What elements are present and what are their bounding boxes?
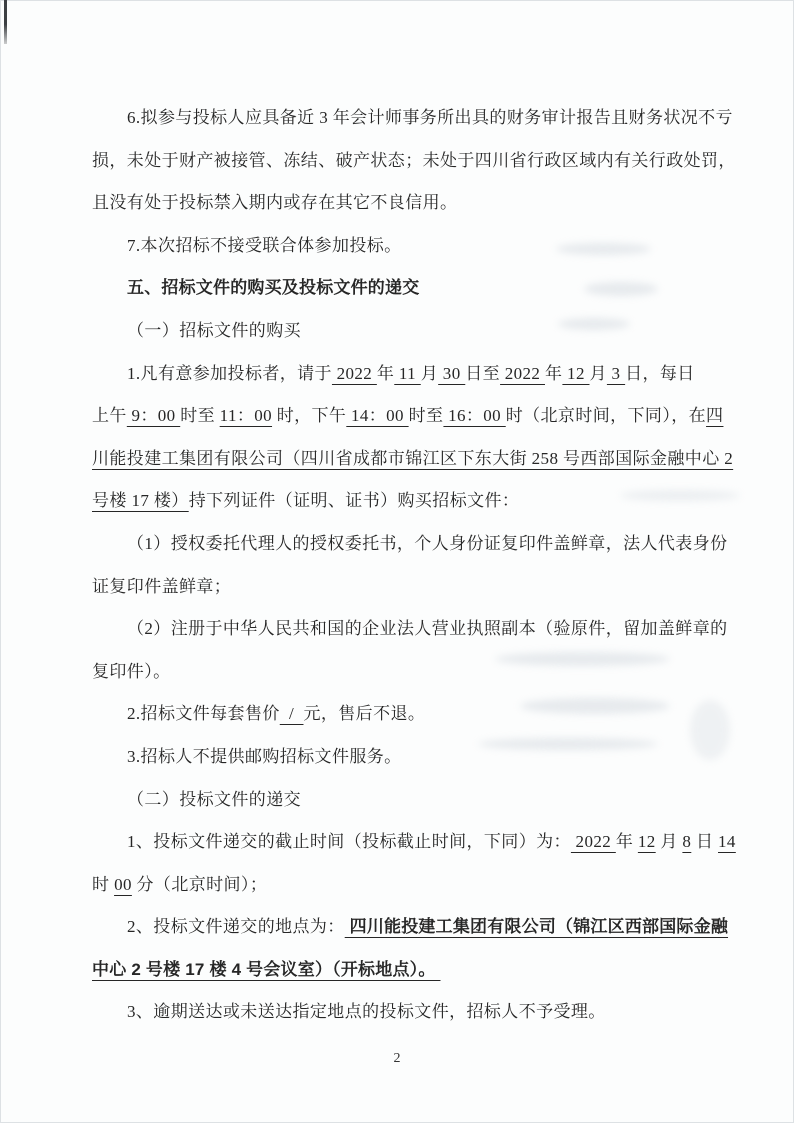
text-line: （一）招标文件的购买	[92, 310, 760, 353]
emphasis-text: 中心 2 号楼 17 楼 4 号会议室）（开标地点）。	[92, 960, 440, 979]
text-line: 2、投标文件递交的地点为： 四川能投建工集团有限公司（锦江区西部国际金融	[92, 906, 760, 949]
text-line: 五、招标文件的购买及投标文件的递交	[92, 267, 760, 310]
text-segment: 3、逾期送达或未送达指定地点的投标文件，招标人不予受理。	[127, 1002, 606, 1021]
filled-blank: 14：00	[346, 406, 408, 425]
filled-blank: 00	[114, 875, 132, 894]
text-segment: 日	[691, 832, 718, 851]
filled-blank: 14	[718, 832, 736, 851]
text-line: 2.招标文件每套售价 / 元，售后不退。	[92, 693, 760, 736]
text-line: 1、投标文件递交的截止时间（投标截止时间，下同）为： 2022 年 12 月 8…	[92, 821, 760, 864]
page-number: 2	[0, 1051, 794, 1067]
filled-blank: /	[280, 704, 304, 723]
text-line: （1）授权委托代理人的授权委托书，个人身份证复印件盖鲜章，法人代表身份	[92, 523, 760, 566]
text-segment: 时至	[409, 406, 444, 425]
filled-blank: 12	[562, 364, 589, 383]
text-segment: 月	[656, 832, 683, 851]
text-line: 复印件）。	[92, 651, 760, 694]
text-segment: （1）授权委托代理人的授权委托书，个人身份证复印件盖鲜章，法人代表身份	[127, 534, 728, 553]
filled-blank: 四	[706, 406, 723, 425]
text-segment: 时至	[180, 406, 219, 425]
text-line: 7.本次招标不接受联合体参加投标。	[92, 225, 760, 268]
text-segment: 损，未处于财产被接管、冻结、破产状态；未处于四川省行政区域内有关行政处罚，	[92, 151, 736, 170]
text-line: 且没有处于投标禁入期内或存在其它不良信用。	[92, 182, 760, 225]
text-segment: 上午	[92, 406, 127, 425]
text-segment: 年	[545, 364, 562, 383]
text-line: 1.凡有意参加投标者，请于 2022 年 11 月 30 日至 2022 年 1…	[92, 353, 760, 396]
text-segment: 7.本次招标不接受联合体参加投标。	[127, 236, 402, 255]
filled-blank: 9：00	[127, 406, 180, 425]
text-segment: 1.凡有意参加投标者，请于	[127, 364, 332, 383]
text-segment: 持下列证件（证明、证书）购买招标文件：	[189, 491, 520, 510]
text-segment: 年	[616, 832, 638, 851]
emphasis-text: 四川能投建工集团有限公司（锦江区西部国际金融	[345, 917, 728, 936]
text-segment: 证复印件盖鲜章；	[92, 577, 231, 596]
document-body: 6.拟参与投标人应具备近 3 年会计师事务所出具的财务审计报告且财务状况不亏损，…	[92, 97, 760, 1034]
text-segment: 日至	[465, 364, 500, 383]
text-segment: 月	[421, 364, 438, 383]
text-line: 3、逾期送达或未送达指定地点的投标文件，招标人不予受理。	[92, 991, 760, 1034]
text-segment: 1、投标文件递交的截止时间（投标截止时间，下同）为：	[127, 832, 571, 851]
text-segment: （二）投标文件的递交	[127, 790, 301, 809]
text-segment: 2.招标文件每套售价	[127, 704, 280, 723]
text-segment: 6.拟参与投标人应具备近 3 年会计师事务所出具的财务审计报告且财务状况不亏	[127, 108, 733, 127]
filled-blank: 8	[682, 832, 691, 851]
filled-blank: 号楼 17 楼）	[92, 491, 189, 510]
text-segment: 时（北京时间，下同），在	[506, 406, 706, 425]
filled-blank: 12	[638, 832, 656, 851]
text-line: 上午 9：00 时至 11：00 时，下午 14：00 时至 16：00 时（北…	[92, 395, 760, 438]
scan-artifact	[4, 0, 7, 44]
text-line: 川能投建工集团有限公司（四川省成都市锦江区下东大街 258 号西部国际金融中心 …	[92, 438, 760, 481]
text-segment: （2）注册于中华人民共和国的企业法人营业执照副本（验原件，留加盖鲜章的	[127, 619, 728, 638]
filled-blank: 3	[607, 364, 625, 383]
emphasis-text: 五、招标文件的购买及投标文件的递交	[127, 278, 419, 297]
text-line: 损，未处于财产被接管、冻结、破产状态；未处于四川省行政区域内有关行政处罚，	[92, 140, 760, 183]
text-segment: 年	[377, 364, 394, 383]
filled-blank: 2022	[332, 364, 377, 383]
document-page: 6.拟参与投标人应具备近 3 年会计师事务所出具的财务审计报告且财务状况不亏损，…	[0, 0, 794, 1123]
text-segment: 2、投标文件递交的地点为：	[127, 917, 345, 936]
filled-blank: 16：00	[443, 406, 505, 425]
text-segment: 分（北京时间）；	[132, 875, 267, 894]
filled-blank: 2022	[500, 364, 545, 383]
text-line: 6.拟参与投标人应具备近 3 年会计师事务所出具的财务审计报告且财务状况不亏	[92, 97, 760, 140]
text-line: 号楼 17 楼）持下列证件（证明、证书）购买招标文件：	[92, 480, 760, 523]
text-segment: 月	[590, 364, 607, 383]
text-line: （2）注册于中华人民共和国的企业法人营业执照副本（验原件，留加盖鲜章的	[92, 608, 760, 651]
text-line: 时 00 分（北京时间）；	[92, 864, 760, 907]
text-line: 中心 2 号楼 17 楼 4 号会议室）（开标地点）。	[92, 949, 760, 992]
text-segment: 复印件）。	[92, 662, 171, 681]
text-segment: 元，售后不退。	[303, 704, 425, 723]
text-segment: 3.招标人不提供邮购招标文件服务。	[127, 747, 402, 766]
text-line: （二）投标文件的递交	[92, 779, 760, 822]
text-line: 证复印件盖鲜章；	[92, 566, 760, 609]
text-segment: 且没有处于投标禁入期内或存在其它不良信用。	[92, 193, 457, 212]
text-segment: 时，下午	[272, 406, 346, 425]
filled-blank: 2022	[571, 832, 616, 851]
filled-blank: 11	[394, 364, 420, 383]
text-segment: （一）招标文件的购买	[127, 321, 301, 340]
text-segment: 日，每日	[625, 364, 695, 383]
text-segment: 时	[92, 875, 114, 894]
filled-blank: 11：00	[220, 406, 272, 425]
filled-blank: 30	[438, 364, 465, 383]
filled-blank: 川能投建工集团有限公司（四川省成都市锦江区下东大街 258 号西部国际金融中心 …	[92, 449, 733, 468]
text-line: 3.招标人不提供邮购招标文件服务。	[92, 736, 760, 779]
